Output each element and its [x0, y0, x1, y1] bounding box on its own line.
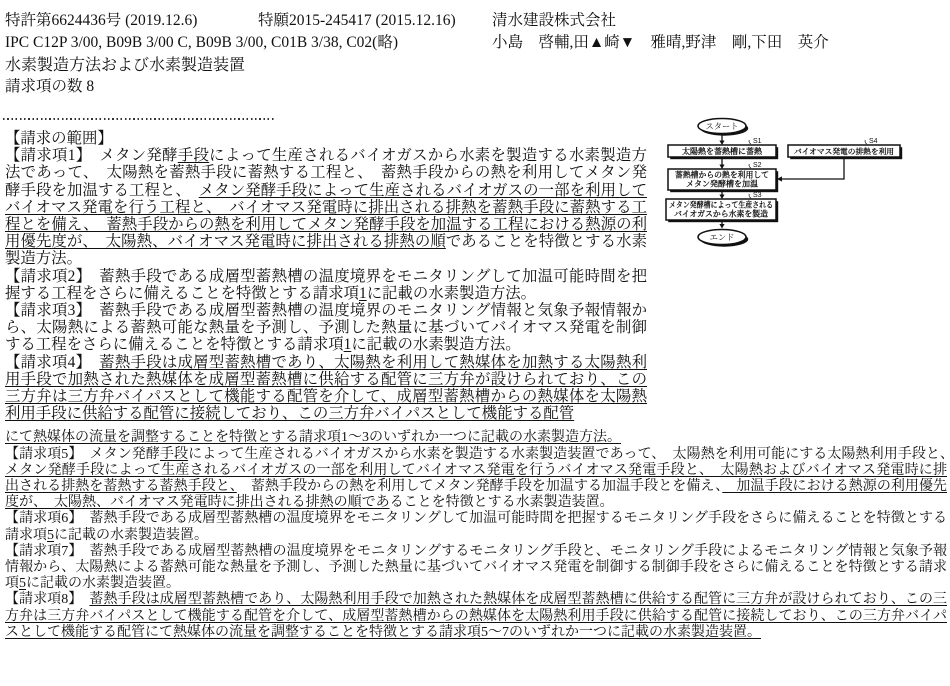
claim-text-segment: 蓄熱手段は成層型蓄熱槽であり、太陽熱を利用して熱媒体を加熱する太陽熱利用手段で加… — [5, 354, 647, 423]
claim-text-segment: 手段 — [160, 447, 188, 462]
header-row-1: 特許第6624436号 (2019.12.6) 特願2015-245417 (2… — [5, 8, 950, 30]
claim-text-segment: に記載の水素製造方法。 — [367, 285, 536, 302]
claim-paragraph: 【請求項7】 蓄熱手段である成層型蓄熱槽の温度境界をモニタリングするモニタリング… — [5, 544, 947, 593]
patent-document-page: 特許第6624436号 (2019.12.6) 特願2015-245417 (2… — [0, 0, 950, 686]
document-header: 特許第6624436号 (2019.12.6) 特願2015-245417 (2… — [0, 0, 950, 96]
flowchart-start-label: スタート — [706, 122, 739, 131]
claim-paragraph: 【請求項2】 蓄熱手段である成層型蓄熱槽の温度境界をモニタリングして加温可能時間… — [5, 268, 647, 302]
claim-text-segment: 蓄熱手段である成層型蓄熱槽の温度境界をモニタリングして加温可能時間を把握する工程… — [5, 268, 647, 302]
flowchart-step-s2-tag: S2 — [753, 162, 762, 169]
flowchart-step-s3-tag: S3 — [753, 192, 762, 199]
claim-text-segment: に記載の水素製造方法。 — [351, 336, 520, 353]
claims-column-upper: 【請求の範囲】 【請求項1】 メタン発酵手段によって生産されるバイオガスから水素… — [5, 130, 647, 422]
claim-number: 【請求項2】 — [5, 268, 84, 285]
claim-text-segment: メタン発酵 — [75, 447, 159, 462]
claim-number: 【請求項4】 — [5, 354, 84, 371]
flowchart-figure: スタート太陽熱を蓄熱槽に蓄熱S1蓄熱槽からの熱を利用してメタン発酵槽を加温S2メ… — [648, 110, 948, 258]
claim-paragraph: 【請求項5】 メタン発酵手段によって生産されるバイオガスから水素を製造する水素製… — [5, 447, 947, 512]
claim-count: 請求項の数 8 — [5, 74, 950, 96]
claim-paragraph: 【請求項6】 蓄熱手段である成層型蓄熱槽の温度境界をモニタリングして加温可能時間… — [5, 511, 947, 543]
flowchart-step-s1-text: 太陽熱を蓄熱槽に蓄熱 — [682, 146, 763, 156]
claim-text-segment: に記載の水素製造装置。 — [54, 528, 208, 543]
assignee-name: 清水建設株式会社 — [492, 8, 616, 30]
process-flowchart: スタート太陽熱を蓄熱槽に蓄熱S1蓄熱槽からの熱を利用してメタン発酵槽を加温S2メ… — [648, 110, 948, 258]
flowchart-step-s3-tag-leader — [749, 194, 751, 198]
claim-number: 【請求項1】 — [5, 147, 84, 164]
claims-section-heading: 【請求の範囲】 — [5, 130, 647, 147]
claim-text-segment: 1 — [359, 285, 367, 302]
claim-text-segment: メタン発酵 — [84, 147, 178, 164]
flowchart-step-s1-tag: S1 — [753, 138, 762, 145]
flowchart-step-s3-text1: メタン発酵槽によって生産される — [669, 200, 773, 210]
claim-text-segment: ることを特徴とする水素製造装置。 — [390, 495, 614, 510]
claim-number: 【請求項8】 — [5, 592, 75, 607]
claim-paragraph: 【請求項8】 蓄熱手段は成層型蓄熱槽であり、太陽熱利用手段で加熱された熱媒体を成… — [5, 592, 947, 641]
claim-text-segment: 蓄熱手段である成層型蓄熱槽の温度境界のモニタリング情報と気象予報情報から、太陽熱… — [5, 302, 647, 353]
claim-text-segment — [84, 354, 100, 371]
claim-number: 【請求項3】 — [5, 302, 84, 319]
flowchart-step-s2-text1: 蓄熱槽からの熱を利用して — [675, 170, 769, 180]
claim-text-segment — [75, 592, 89, 607]
claim-paragraph: 【請求項3】 蓄熱手段である成層型蓄熱槽の温度境界のモニタリング情報と気象予報情… — [5, 302, 647, 354]
ipc-classification: IPC C12P 3/00, B09B 3/00 C, B09B 3/00, C… — [5, 34, 398, 51]
flowchart-step-s1-tag-leader — [749, 140, 751, 144]
flowchart-step-s2-tag-leader — [749, 164, 751, 168]
claims-block-lower: にて熱媒体の流量を調整することを特徴とする請求項1〜3のいずれか一つに記載の水素… — [5, 430, 947, 641]
claim-paragraph: にて熱媒体の流量を調整することを特徴とする請求項1〜3のいずれか一つに記載の水素… — [5, 430, 947, 446]
flowchart-step-s3-text2: バイオガスから水素を製造 — [674, 209, 768, 219]
claim-number: 【請求項7】 — [5, 544, 75, 559]
invention-title: 水素製造方法および水素製造装置 — [5, 52, 950, 74]
claim-text-segment: 蓄熱手段からの熱を利用してメタン発酵手段を加温する加温手段とを備え、 — [237, 479, 723, 494]
claim-paragraph: 【請求項4】 蓄熱手段は成層型蓄熱槽であり、太陽熱を利用して熱媒体を加熱する太陽… — [5, 354, 647, 423]
application-number: 特願2015-245417 (2015.12.16) — [258, 8, 456, 30]
claim-text-segment: 5 — [47, 528, 54, 543]
claim-text-segment: 手段 — [178, 147, 209, 164]
flowchart-step-s4-tag-leader — [865, 140, 867, 144]
claim-text-segment: 5 — [19, 576, 26, 591]
claim-number: 【請求項5】 — [5, 447, 75, 462]
flowchart-connector-s4-s2 — [781, 157, 844, 179]
header-row-2: IPC C12P 3/00, B09B 3/00 C, B09B 3/00, C… — [5, 30, 950, 52]
claim-text-segment: に記載の水素製造装置。 — [26, 576, 180, 591]
claim-text-segment: によって生産されるバイオガスから水素を製造する水素製造装置であって、 太陽熱を利… — [188, 447, 950, 462]
flowchart-step-s4-tag: S4 — [869, 138, 878, 145]
claim-paragraph: 【請求項1】 メタン発酵手段によって生産されるバイオガスから水素を製造する水素製… — [5, 147, 647, 267]
claim-text-segment: にて熱媒体の流量を調整することを特徴とする請求項1〜3のいずれか一つに記載の水素… — [5, 430, 621, 445]
patent-number: 特許第6624436号 (2019.12.6) — [5, 12, 197, 29]
flowchart-step-s4-text: バイオマス発電の排熱を利用 — [794, 146, 894, 156]
inventor-names: 小島 啓輔,田▲崎▼ 雅晴,野津 剛,下田 英介 — [492, 30, 829, 52]
claim-number: 【請求項6】 — [5, 511, 75, 526]
flowchart-end-label: エンド — [710, 233, 735, 242]
claim-text-segment: 蓄熱手段は成層型蓄熱槽であり、太陽熱利用手段で加熱された熱媒体を成層型蓄熱槽に供… — [5, 592, 947, 639]
separator-dashed-line — [3, 118, 275, 120]
flowchart-arrow-s3-end-head — [719, 224, 724, 229]
flowchart-step-s2-text2: メタン発酵槽を加温 — [686, 179, 759, 189]
